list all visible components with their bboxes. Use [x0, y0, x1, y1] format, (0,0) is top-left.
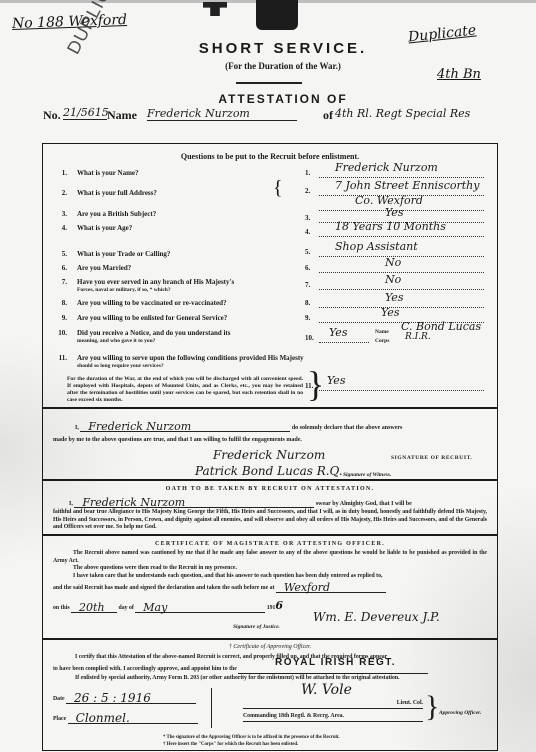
oath-line: I, Frederick Nurzom swear by Almighty Go… [53, 500, 487, 508]
corps-label: of [323, 108, 333, 123]
certificate-para-1: The Recruit above named was cautioned by… [53, 550, 487, 565]
reference-note: No 188 Wexford [12, 12, 127, 32]
approval-place-field: Clonmel. [68, 723, 198, 724]
answer-8: 8.Yes [305, 299, 310, 307]
approving-heading: † Certificate of Approving Officer. [43, 644, 497, 650]
service-number: 21/5615 [63, 106, 107, 120]
witness-signature-label: Signature of Witness. [343, 472, 391, 478]
answer-11: 11.Yes [305, 382, 313, 390]
footnote-2: † Here insert the "Corps" for which the … [163, 742, 298, 747]
officer-rank: Lieut. Col. [243, 700, 423, 709]
certificate-para-2: The above questions were then read to th… [73, 565, 487, 573]
answer-7: 7.No [305, 281, 310, 289]
answer-1: 1.Frederick Nurzom [305, 169, 310, 177]
justice-signature: Wm. E. Devereux J.P. [313, 610, 440, 624]
document-subtitle: (For the Duration of the War.) [0, 61, 536, 71]
section-divider [43, 479, 497, 481]
approving-text-1: I certify that this Attestation of the a… [53, 654, 487, 662]
month-field: May [135, 612, 265, 613]
approving-officer-label: Approving Officer. [439, 710, 481, 716]
recruit-signature: Frederick Nurzom [213, 448, 325, 462]
questions-heading: Questions to be put to the Recruit befor… [43, 152, 497, 161]
title-rule [236, 82, 302, 84]
attestation-heading: ATTESTATION OF [0, 92, 536, 106]
declaration-line: I, Frederick Nurzom do solemnly declare … [53, 424, 487, 432]
place-field: Wexford [276, 592, 386, 593]
declaration-text: made by me to the above questions are tr… [53, 436, 487, 444]
attestation-document: No 188 Wexford DUPLICATE Duplicate 4th B… [0, 0, 536, 752]
brace: } [425, 692, 439, 722]
answer-10: 10. Yes Name Corps C. Bond Lucas R.I.R. [305, 334, 314, 342]
approving-officer-signature: W. Vole [301, 682, 352, 698]
divider [211, 688, 212, 728]
declaration-name-field: Frederick Nurzom [80, 431, 290, 432]
section-divider [43, 638, 497, 640]
section-divider [43, 534, 497, 536]
commanding-line: Commanding 18th Regtl. & Recrg. Area. [243, 713, 423, 722]
approving-text-3: If enlisted by special authority, Army F… [53, 675, 487, 683]
brace: { [273, 178, 283, 198]
no-label: No. [43, 108, 61, 123]
royal-crest-icon [256, 0, 298, 30]
corps-value: 4th Rl. Regt Special Res [335, 107, 535, 120]
answer-4: 4.18 Years 10 Months [305, 228, 310, 236]
day-field: 20th [71, 612, 117, 613]
approving-text-2: to have been complied with. I accordingl… [53, 666, 487, 674]
notice-corps-label: Corps [375, 338, 389, 344]
recruit-signature-label: SIGNATURE OF RECRUIT. [391, 455, 472, 461]
notice-corps: R.I.R. [405, 332, 431, 342]
oath-name-field: Frederick Nurzom [74, 507, 314, 508]
section-divider [43, 407, 497, 409]
witness-signature: Patrick Bond Lucas R.Q. [195, 464, 343, 478]
oath-text: faithful and bear true Allegiance to His… [53, 509, 487, 532]
answer-9: 9.Yes [305, 314, 310, 322]
crest-mark-icon [203, 2, 227, 16]
name-label: Name [107, 108, 137, 123]
justice-label: Signature of Justice. [233, 624, 280, 630]
approval-date-field: 26 : 5 : 1916 [66, 703, 196, 704]
recruit-name: Frederick Nurzom [147, 107, 297, 121]
answer-2: 2.7 John Street Enniscorthy [305, 187, 310, 195]
service-conditions: For the duration of the War, at the end … [67, 376, 303, 404]
answer-5: 5.Shop Assistant [305, 248, 310, 256]
oath-heading: OATH TO BE TAKEN BY RECRUIT ON ATTESTATI… [43, 486, 497, 492]
certificate-heading: CERTIFICATE OF MAGISTRATE OR ATTESTING O… [43, 541, 497, 547]
answer-6: 6.No [305, 264, 310, 272]
form-box: Questions to be put to the Recruit befor… [42, 143, 498, 751]
document-title: SHORT SERVICE. [0, 40, 536, 57]
answer-3: 3.Yes [305, 214, 310, 222]
regiment-stamp: ROYAL IRISH REGT. [275, 657, 396, 668]
notice-name-label: Name [375, 329, 389, 335]
certificate-place-line: and the said Recruit has made and signed… [53, 585, 487, 593]
footnote-1: * The signature of the Approving Officer… [163, 735, 340, 740]
certificate-para-3: I have taken care that he understands ea… [73, 573, 487, 581]
